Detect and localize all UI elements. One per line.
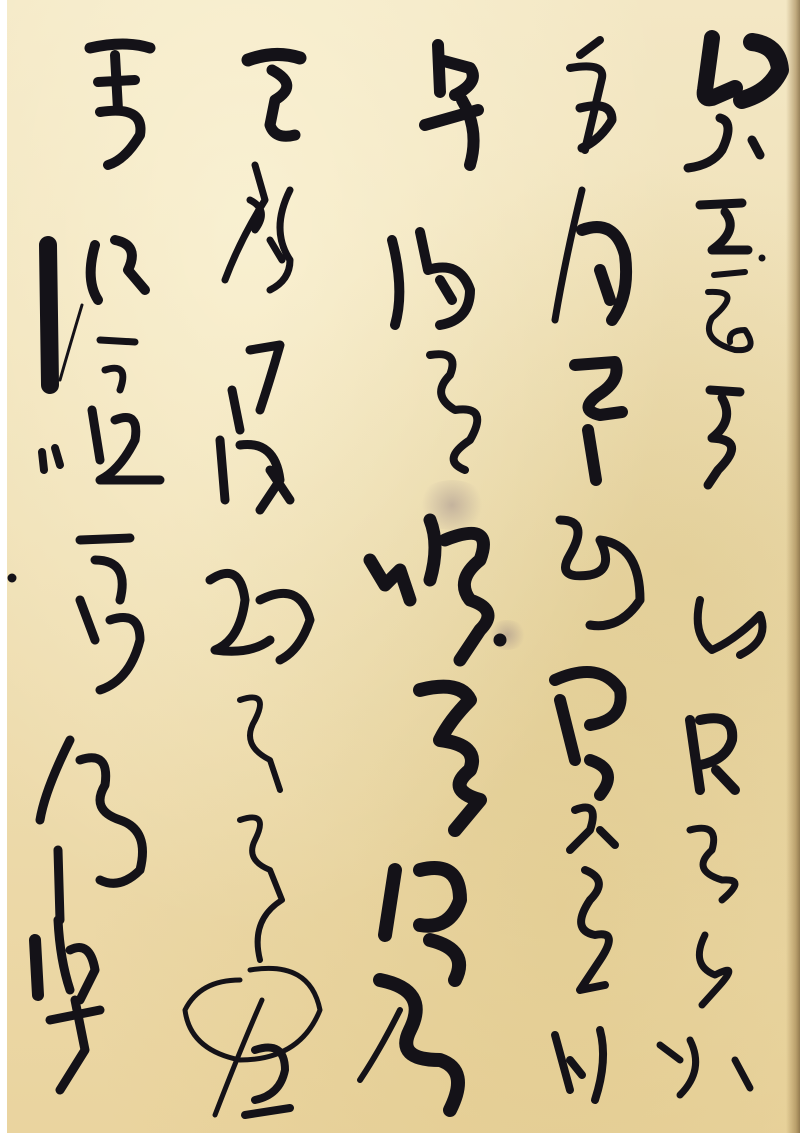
calligraphy-column-2 xyxy=(555,40,640,1100)
calligraphy-column-3 xyxy=(360,45,488,1110)
calligraphy-column-6 xyxy=(35,245,100,1090)
ink-strokes xyxy=(7,0,800,1133)
ink-speck xyxy=(759,255,765,261)
calligraphy-column-5 xyxy=(40,44,160,920)
ink-speck xyxy=(494,634,506,646)
calligraphy-column-4 xyxy=(185,54,320,1115)
ink-speck xyxy=(8,574,16,582)
calligraphy-scroll xyxy=(7,0,800,1133)
calligraphy-column-1 xyxy=(660,38,780,1095)
